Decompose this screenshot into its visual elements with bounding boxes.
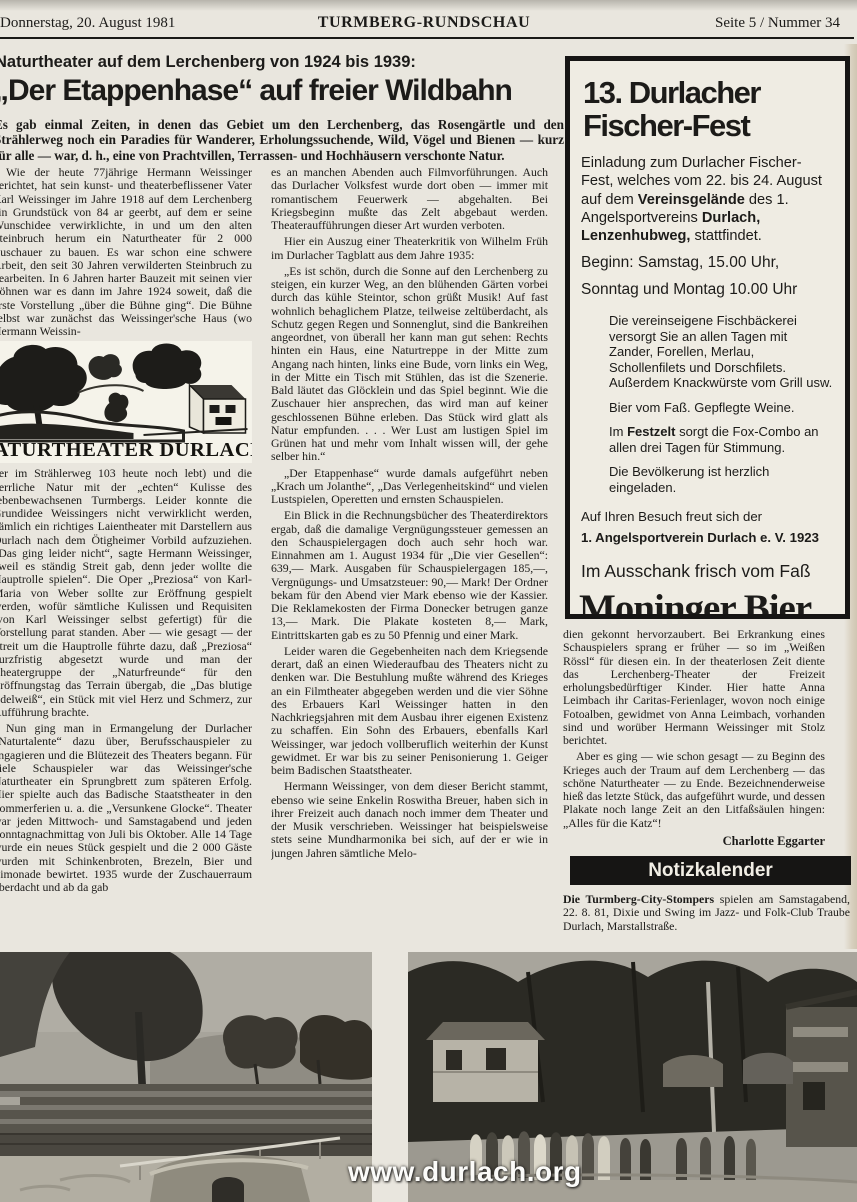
article-paragraph: Wie der heute 77jährige Hermann Weissing…: [0, 166, 252, 338]
article-lead: Es gab einmal Zeiten, in denen das Gebie…: [0, 117, 564, 163]
ad-details-3: Im Festzelt sorgt die Fox-Combo an allen…: [609, 424, 834, 455]
illustration-caption: NATURTHEATER DURLACH: [0, 439, 252, 461]
notizkalender-bar: Notizkalender: [570, 856, 851, 885]
page-header: Donnerstag, 20. August 1981 TURMBERG-RUN…: [0, 13, 854, 39]
article-paragraph: es an manchen Abenden auch Filmvorführun…: [271, 166, 548, 232]
article-column-3: dien gekonnt hervorzaubert. Bei Erkranku…: [563, 628, 825, 860]
ad-begin-line1: Beginn: Samstag, 15.00 Uhr,: [581, 254, 834, 272]
notizkalender-title: Notizkalender: [648, 860, 773, 881]
ad-closing-line1: Auf Ihren Besuch freut sich der: [581, 509, 834, 524]
article-byline: Charlotte Eggarter: [563, 835, 825, 848]
ad-begin-line2: Sonntag und Montag 10.00 Uhr: [581, 281, 834, 299]
article-paragraph: „Es ist schön, durch die Sonne auf den L…: [271, 265, 548, 464]
article-paragraph: Nun ging man in Ermangelung der Durlache…: [0, 722, 252, 894]
ad-details-2: Bier vom Faß. Gepflegte Weine.: [609, 400, 834, 416]
ad-closing-line2: 1. Angelsportverein Durlach e. V. 1923: [581, 530, 834, 545]
ad-title-line2: Fischer-Fest: [583, 109, 834, 142]
amphitheater-photo: [0, 952, 372, 1202]
article-paragraph: Hermann Weissinger, von dem dieser Beric…: [271, 780, 548, 860]
article-headline: „Der Etappenhase“ auf freier Wildbahn: [0, 74, 574, 108]
naturtheater-illustration: NATURTHEATER DURLACH: [0, 341, 252, 463]
article-kicker: Naturtheater auf dem Lerchenberg von 192…: [0, 53, 416, 72]
page-number: Seite 5 / Nummer 34: [715, 15, 840, 32]
scan-artifact-top: [0, 0, 857, 11]
ad-details-1: Die vereinseigene Fischbäckerei versorgt…: [609, 313, 834, 391]
ad-invitation: Einladung zum Durlacher Fischer-Fest, we…: [581, 154, 834, 245]
ad-title: 13. Durlacher Fischer-Fest: [583, 76, 834, 142]
moninger-brand: Moninger Bier: [579, 586, 834, 619]
article-paragraph: Hier ein Auszug einer Theaterkritik von …: [271, 235, 548, 262]
article-paragraph: ger im Strählerweg 103 heute noch lebt) …: [0, 467, 252, 719]
newspaper-page: Donnerstag, 20. August 1981 TURMBERG-RUN…: [0, 0, 857, 1202]
article-column-1: Wie der heute 77jährige Hermann Weissing…: [0, 166, 252, 953]
article-column-2: es an manchen Abenden auch Filmvorführun…: [271, 166, 548, 953]
article-paragraph: „Der Etappenhase“ wurde damals aufgeführ…: [271, 467, 548, 507]
article-paragraph: dien gekonnt hervorzaubert. Bei Erkranku…: [563, 628, 825, 747]
fischerfest-ad: 13. Durlacher Fischer-Fest Einladung zum…: [565, 56, 850, 619]
article-paragraph: Aber es ging — wie schon gesagt — zu Beg…: [563, 750, 825, 830]
article-paragraph: Ein Blick in die Rechnungsbücher des The…: [271, 509, 548, 642]
ad-title-line1: 13. Durlacher: [583, 76, 834, 109]
ad-tap-line: Im Ausschank frisch vom Faß: [581, 561, 834, 582]
site-watermark: www.durlach.org: [348, 1156, 582, 1188]
article-paragraph: Leider waren die Gegebenheiten nach dem …: [271, 645, 548, 778]
notizkalender-text: Die Turmberg-City-Stompers spielen am Sa…: [563, 893, 850, 933]
ad-details-4: Die Bevölkerung ist herzlich eingeladen.: [609, 464, 834, 495]
